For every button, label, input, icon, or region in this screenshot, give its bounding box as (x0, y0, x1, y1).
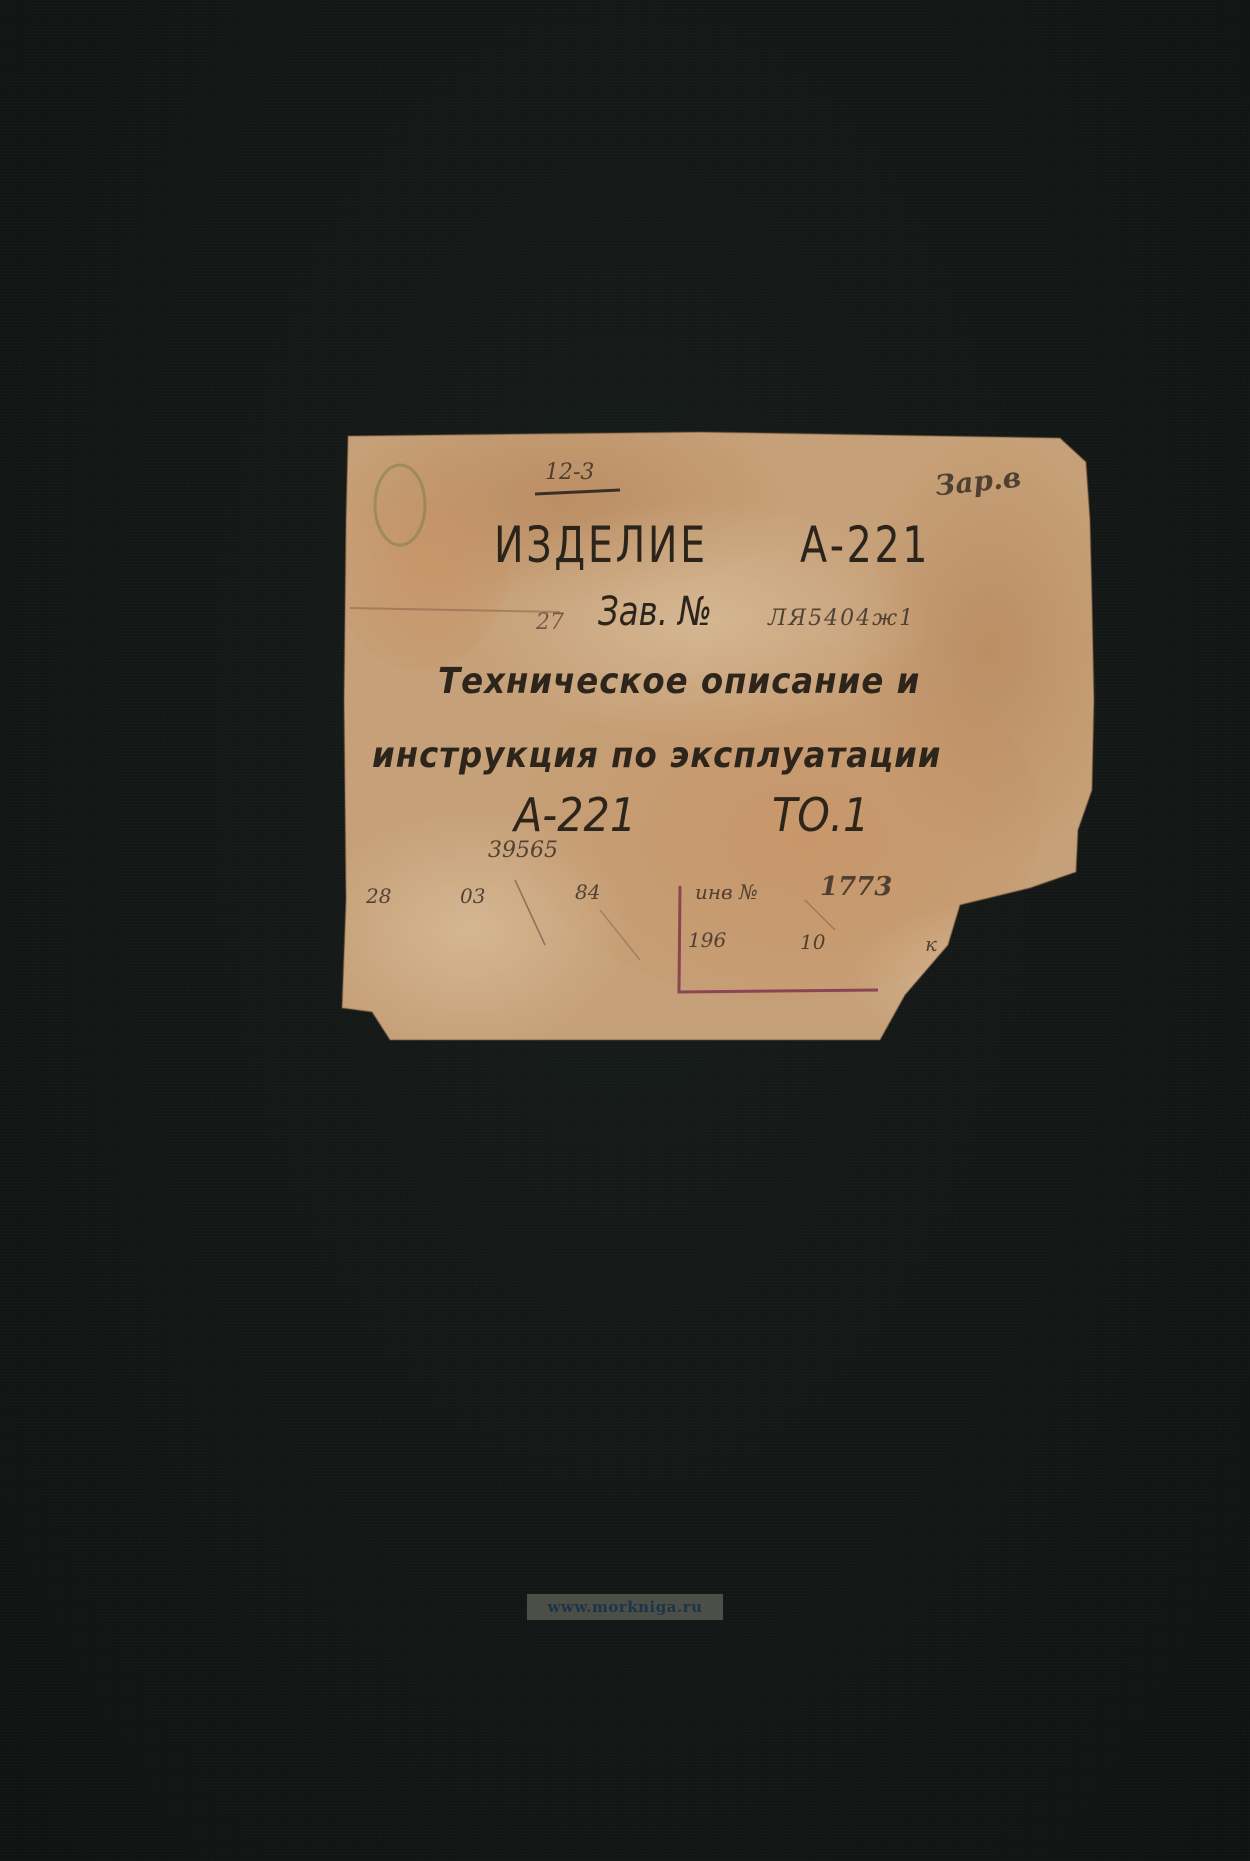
inventory-number: 1773 (820, 874, 892, 900)
description-line-1: Техническое описание и (438, 664, 920, 700)
volume-designation: ТО.1 (772, 792, 869, 838)
description-line-2: инструкция по эксплуатации (372, 738, 941, 774)
stamp-row2-value-a: 196 (688, 930, 726, 950)
serial-number-label: Зав. № (598, 592, 712, 632)
watermark-text: www.morkniga.ru (548, 1598, 703, 1616)
serial-margin-note: 27 (536, 612, 564, 634)
serial-number-value: ЛЯ5404ж1 (768, 608, 915, 630)
product-model-title: А-221 (800, 520, 930, 570)
paper-label: 12-3 Зар.в ИЗДЕЛИЕ А-221 27 Зав. № ЛЯ540… (0, 0, 1250, 1861)
handwritten-date-day: 28 (366, 886, 391, 906)
product-label: ИЗДЕЛИЕ (494, 520, 708, 570)
stamp-row2-value-b: 10 (800, 932, 825, 952)
handwritten-number: 39565 (488, 840, 558, 862)
paper-label-shape (0, 0, 1250, 1861)
handwritten-date-month: 03 (460, 886, 485, 906)
handwritten-date-year: 84 (575, 882, 600, 902)
watermark: www.morkniga.ru (527, 1594, 723, 1620)
inventory-label: инв № (695, 882, 758, 902)
handwritten-note-top-left: 12-3 (545, 462, 594, 484)
stamp-row2-value-c: к (925, 934, 937, 954)
model-designation: А-221 (514, 792, 636, 838)
